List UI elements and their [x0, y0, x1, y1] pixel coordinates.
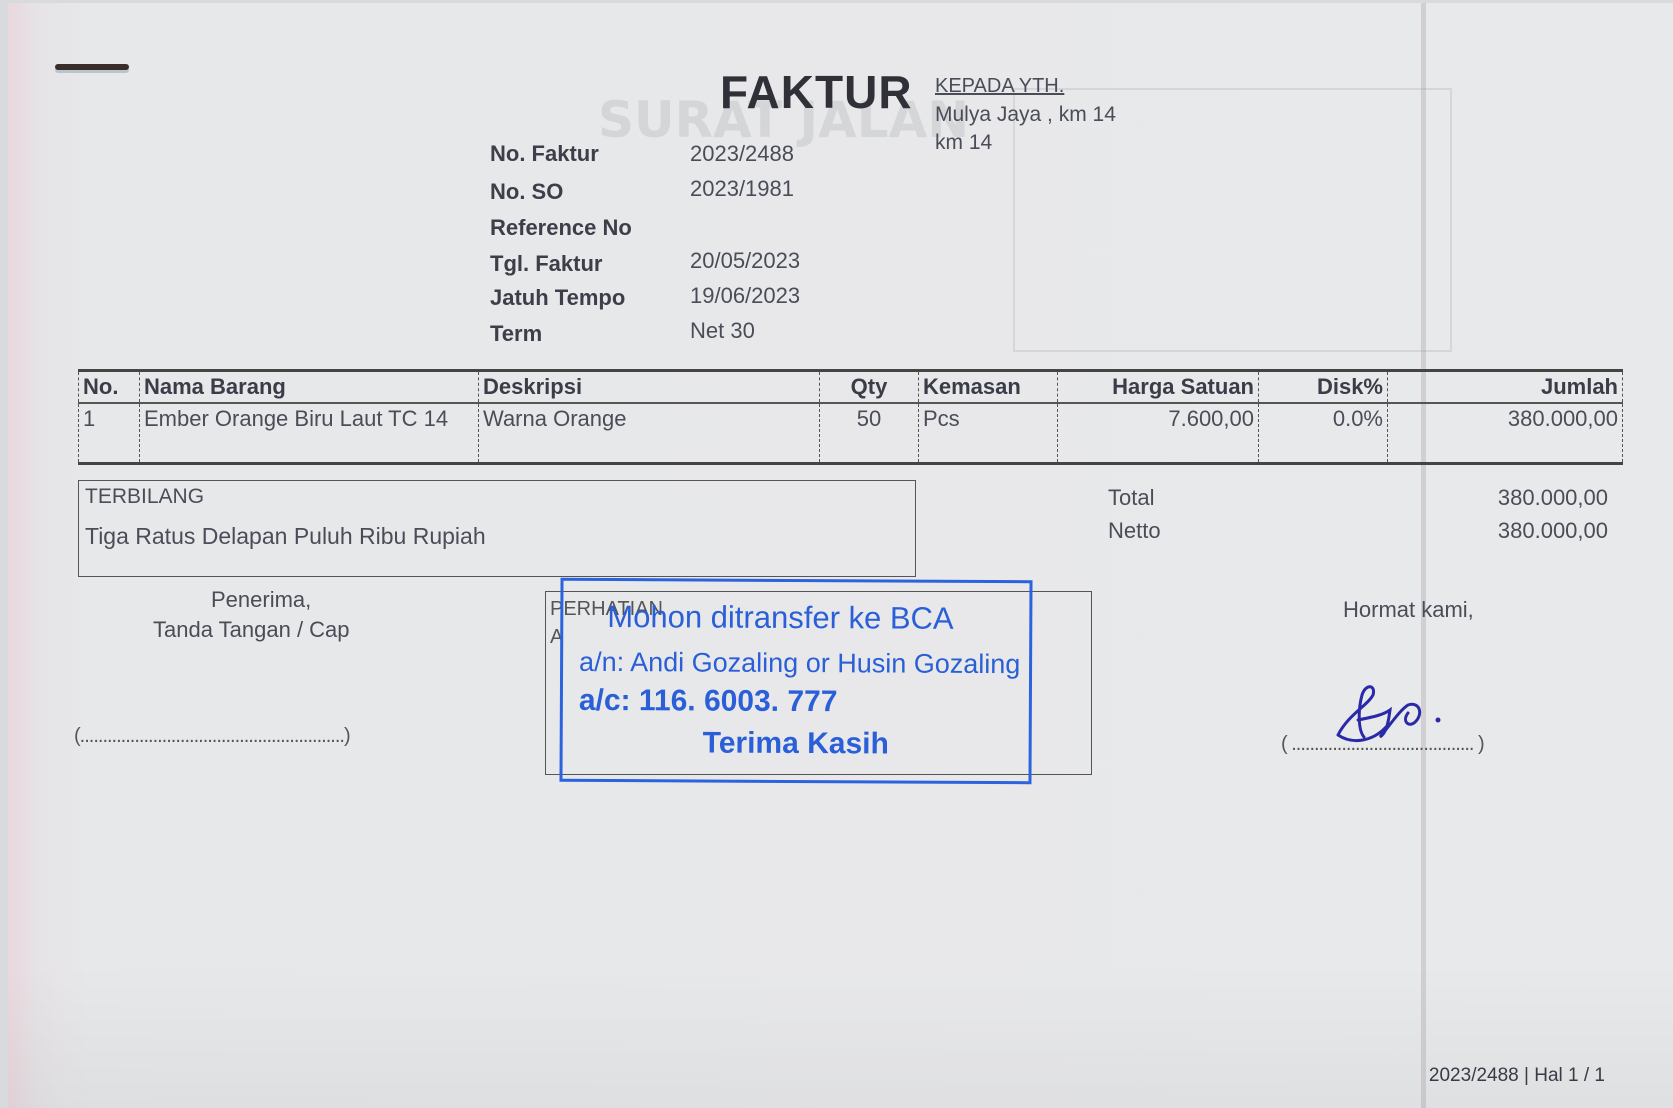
cell-nama-barang: Ember Orange Biru Laut TC 14: [140, 403, 479, 464]
items-table: No. Nama Barang Deskripsi Qty Kemasan Ha…: [78, 369, 1623, 465]
meta-value-tgl-faktur: 20/05/2023: [690, 248, 800, 274]
receiver-signature-caption: Tanda Tangan / Cap: [153, 617, 350, 643]
cell-harga-satuan: 7.600,00: [1058, 403, 1259, 464]
meta-label-reference-no: Reference No: [490, 215, 632, 241]
document-title: FAKTUR: [720, 65, 913, 119]
col-header-jumlah: Jumlah: [1388, 371, 1623, 404]
netto-value: 380.000,00: [1498, 518, 1608, 544]
col-header-harga-satuan: Harga Satuan: [1058, 371, 1259, 404]
total-label: Total: [1108, 485, 1154, 511]
col-header-disk: Disk%: [1259, 371, 1388, 404]
meta-label-no-faktur: No. Faktur: [490, 141, 599, 167]
col-header-nama-barang: Nama Barang: [140, 371, 479, 404]
page-footer: 2023/2488 | Hal 1 / 1: [1429, 1065, 1605, 1087]
bank-transfer-stamp: Mohon ditransfer ke BCA a/n: Andi Gozali…: [559, 578, 1032, 784]
terbilang-text: Tiga Ratus Delapan Puluh Ribu Rupiah: [85, 523, 486, 550]
receiver-signature-line: (.......................................…: [74, 725, 350, 748]
meta-label-no-so: No. SO: [490, 179, 563, 205]
meta-label-jatuh-tempo: Jatuh Tempo: [490, 285, 625, 311]
total-value: 380.000,00: [1498, 485, 1608, 511]
cell-qty: 50: [820, 403, 919, 464]
stamp-line-transfer: Mohon ditransfer ke BCA: [607, 599, 954, 637]
stamp-line-account-name: a/n: Andi Gozaling or Husin Gozaling: [579, 647, 1020, 680]
meta-label-term: Term: [490, 321, 542, 347]
col-header-kemasan: Kemasan: [919, 371, 1058, 404]
meta-label-tgl-faktur: Tgl. Faktur: [490, 251, 602, 277]
meta-value-jatuh-tempo: 19/06/2023: [690, 283, 800, 309]
sender-signature-line: ( ......................................…: [1281, 733, 1484, 756]
recipient-address-line1: Mulya Jaya , km 14: [935, 103, 1116, 127]
col-header-deskripsi: Deskripsi: [479, 371, 820, 404]
receiver-label: Penerima,: [211, 587, 311, 613]
terbilang-box: TERBILANG Tiga Ratus Delapan Puluh Ribu …: [78, 480, 916, 577]
sender-label: Hormat kami,: [1343, 597, 1474, 623]
col-header-no: No.: [79, 371, 140, 404]
cell-disk: 0.0%: [1259, 403, 1388, 464]
cell-kemasan: Pcs: [919, 403, 1058, 464]
meta-value-no-so: 2023/1981: [690, 176, 794, 202]
netto-label: Netto: [1108, 518, 1161, 544]
staple-icon: [55, 64, 129, 70]
recipient-address-line2: km 14: [935, 131, 992, 155]
terbilang-label: TERBILANG: [85, 485, 204, 509]
table-header-row: No. Nama Barang Deskripsi Qty Kemasan Ha…: [79, 371, 1623, 404]
stamp-line-thanks: Terima Kasih: [703, 727, 889, 762]
invoice-paper: SURAT JALAN FAKTUR KEPADA YTH. Mulya Jay…: [8, 3, 1673, 1108]
cell-deskripsi: Warna Orange: [479, 403, 820, 464]
table-row: 1 Ember Orange Biru Laut TC 14 Warna Ora…: [79, 403, 1623, 464]
meta-value-no-faktur: 2023/2488: [690, 141, 794, 167]
col-header-qty: Qty: [820, 371, 919, 404]
cell-no: 1: [79, 403, 140, 464]
cell-jumlah: 380.000,00: [1388, 403, 1623, 464]
recipient-label: KEPADA YTH.: [935, 75, 1064, 98]
stamp-line-account-number: a/c: 116. 6003. 777: [579, 684, 838, 719]
meta-value-term: Net 30: [690, 318, 755, 344]
ghost-box: [1013, 88, 1452, 352]
